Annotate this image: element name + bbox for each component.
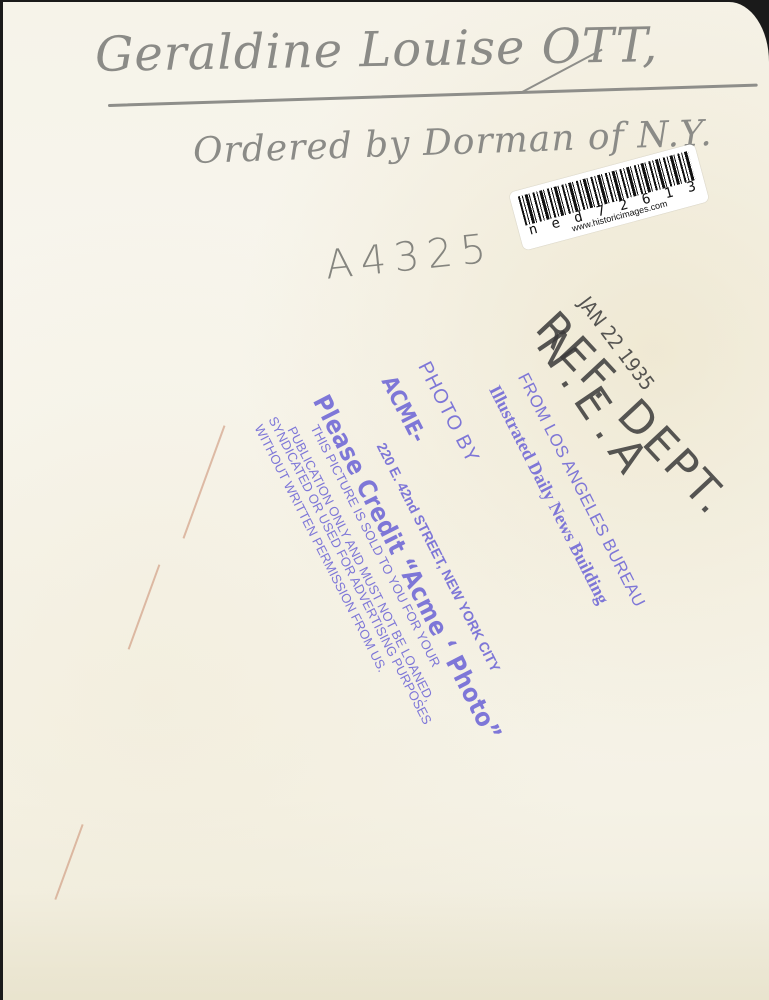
- photo-back-paper: Geraldine Louise OTT, Ordered by Dorman …: [3, 2, 769, 1000]
- handwritten-archive-number: A4325: [323, 225, 496, 288]
- stain-mark: [128, 564, 161, 649]
- pencil-underline: [108, 84, 758, 107]
- stain-mark: [54, 824, 83, 900]
- stain-mark: [183, 425, 226, 538]
- acme-photo-by: PHOTO BY: [413, 358, 484, 467]
